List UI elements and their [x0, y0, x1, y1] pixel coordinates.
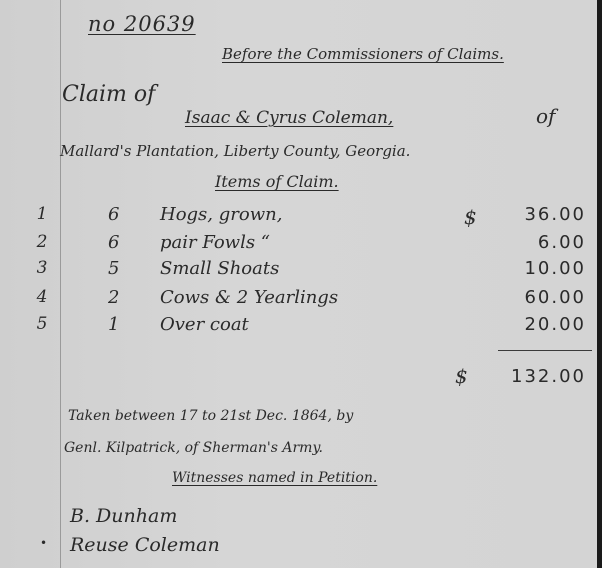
item-description: Over coat — [160, 314, 249, 335]
item-description: Hogs, grown, — [160, 204, 282, 225]
witness-name: B. Dunham — [70, 505, 177, 527]
document-heading: Before the Commissioners of Claims. — [222, 45, 504, 63]
claim-number: no 20639 — [88, 12, 196, 36]
witness-name: Reuse Coleman — [70, 534, 220, 556]
sum-rule — [498, 350, 592, 351]
claim-of-label: Claim of — [62, 82, 155, 107]
document-page: no 20639 Before the Commissioners of Cla… — [0, 0, 597, 568]
item-number: 2 — [32, 232, 52, 252]
margin-mark: • — [40, 536, 47, 550]
claimant-of: of — [536, 104, 555, 128]
item-number: 5 — [32, 314, 52, 334]
item-amount: 10.00 — [470, 258, 586, 279]
item-quantity: 6 — [108, 232, 119, 253]
item-number: 1 — [32, 204, 52, 224]
total-amount: 132.00 — [470, 366, 586, 387]
item-quantity: 1 — [108, 314, 119, 335]
item-amount: 20.00 — [470, 314, 586, 335]
margin-rule — [60, 0, 61, 568]
item-quantity: 5 — [108, 258, 119, 279]
claimant-location: Mallard's Plantation, Liberty County, Ge… — [60, 142, 410, 160]
total-currency-symbol: $ — [455, 364, 468, 388]
item-number: 4 — [32, 287, 52, 307]
items-heading: Items of Claim. — [215, 172, 339, 191]
item-amount: 36.00 — [470, 204, 586, 225]
item-quantity: 6 — [108, 204, 119, 225]
taken-note-line-2: Genl. Kilpatrick, of Sherman's Army. — [64, 440, 323, 456]
item-description: pair Fowls “ — [160, 232, 270, 253]
witnesses-heading: Witnesses named in Petition. — [172, 470, 377, 486]
item-description: Small Shoats — [160, 258, 279, 279]
taken-note-line-1: Taken between 17 to 21st Dec. 1864, by — [68, 408, 353, 424]
item-quantity: 2 — [108, 287, 119, 308]
item-description: Cows & 2 Yearlings — [160, 287, 338, 308]
item-amount: 6.00 — [470, 232, 586, 253]
item-number: 3 — [32, 258, 52, 278]
claimant-name: Isaac & Cyrus Coleman, — [185, 108, 393, 128]
item-amount: 60.00 — [470, 287, 586, 308]
page-edge — [597, 0, 602, 568]
